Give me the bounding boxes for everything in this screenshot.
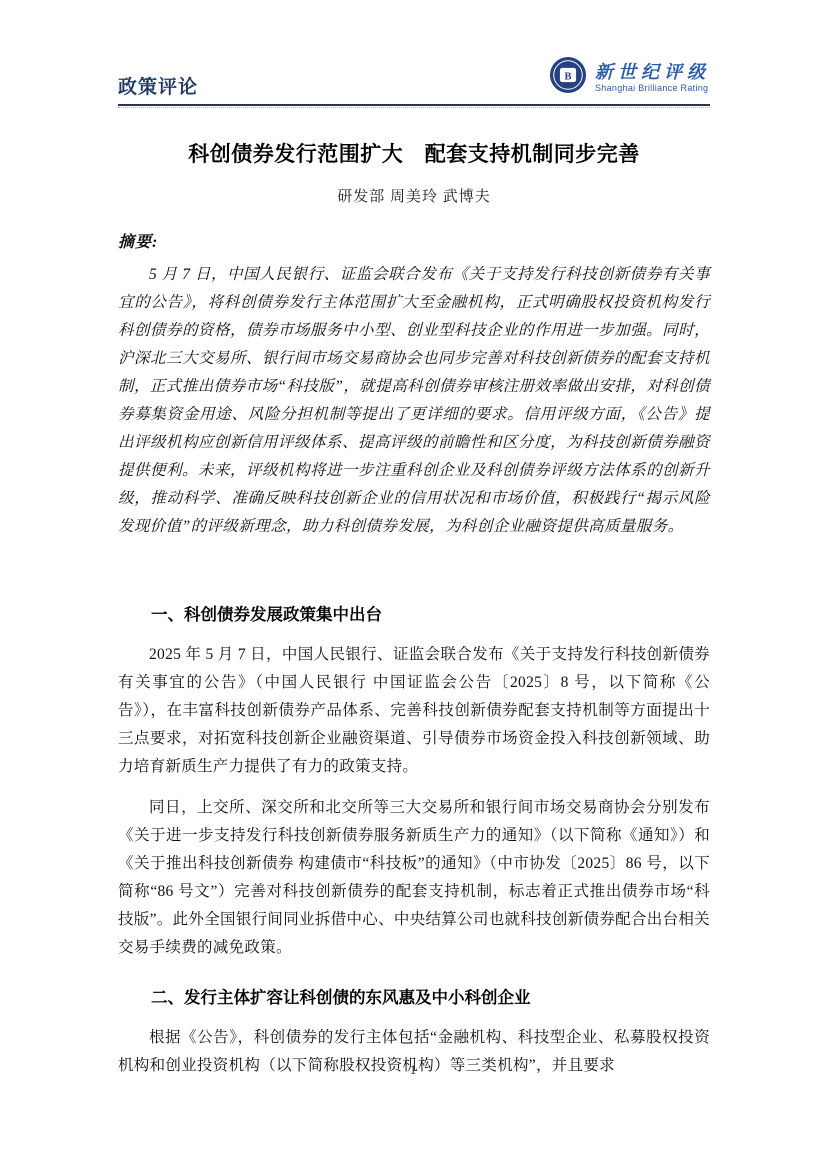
document-page: 政策评论 B 新世纪评级 Shanghai Brilliance Rating …	[0, 0, 826, 1169]
page-header: 政策评论 B 新世纪评级 Shanghai Brilliance Rating	[118, 56, 710, 106]
section-spacer	[118, 541, 710, 579]
logo-chinese-name: 新世纪评级	[595, 62, 710, 83]
page-number: 1	[0, 1062, 826, 1078]
header-dotted-rule	[118, 106, 710, 108]
section-1-paragraph-2: 同日，上交所、深交所和北交所等三大交易所和银行间市场交易商协会分别发布《关于进一…	[118, 794, 710, 962]
page-title: 科创债券发行范围扩大 配套支持机制同步完善	[118, 138, 710, 168]
abstract-paragraph: 5 月 7 日，中国人民银行、证监会联合发布《关于支持发行科技创新债券有关事宜的…	[118, 261, 710, 541]
logo-english-name: Shanghai Brilliance Rating	[595, 83, 710, 93]
section-2-heading: 二、发行主体扩容让科创债的东风惠及中小科创企业	[118, 984, 710, 1008]
authors-line: 研发部 周美玲 武博夫	[118, 185, 710, 206]
section-1-paragraph-1: 2025 年 5 月 7 日，中国人民银行、证监会联合发布《关于支持发行科技创新…	[118, 641, 710, 781]
company-logo: B 新世纪评级 Shanghai Brilliance Rating	[549, 56, 710, 101]
brilliance-seal-icon: B	[549, 56, 587, 99]
logo-text: 新世纪评级 Shanghai Brilliance Rating	[595, 62, 710, 93]
section-1-heading: 一、科创债券发展政策集中出台	[118, 601, 710, 625]
category-label: 政策评论	[118, 72, 198, 101]
abstract-label: 摘要:	[118, 229, 710, 252]
svg-text:B: B	[565, 71, 572, 82]
